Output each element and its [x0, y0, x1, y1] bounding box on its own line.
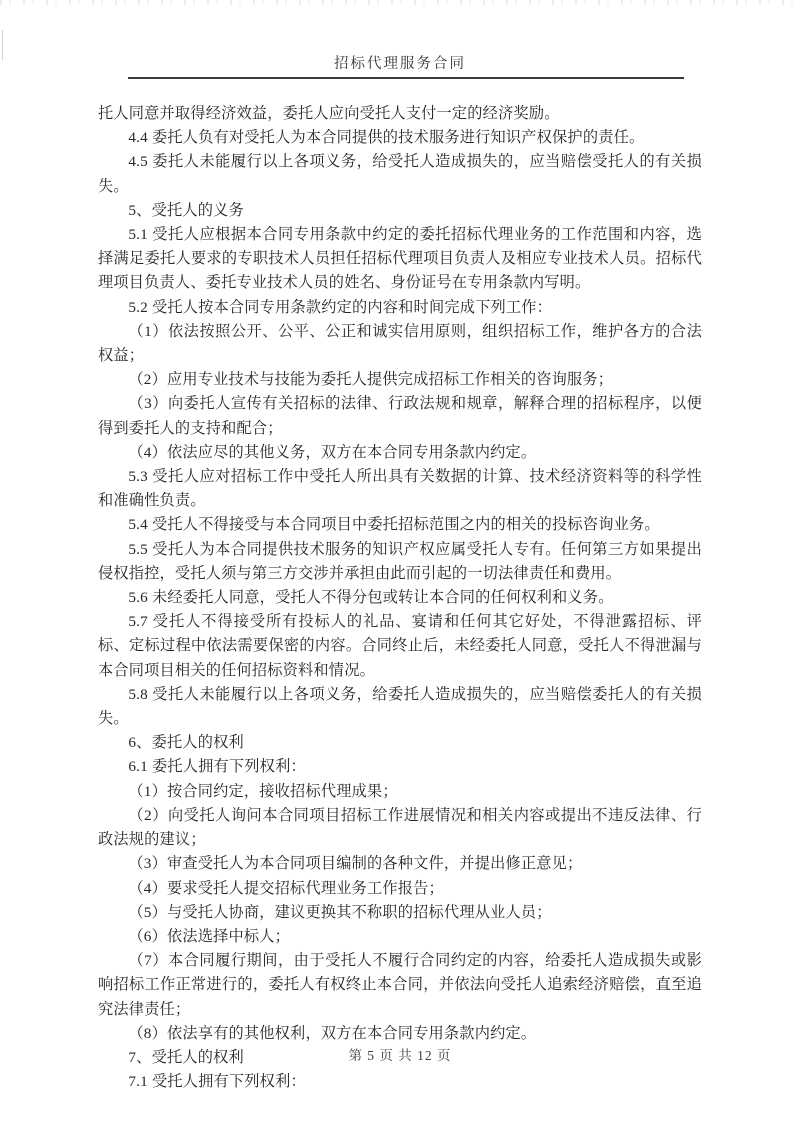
contract-paragraph: 4.5 委托人未能履行以上各项义务，给受托人造成损失的，应当赔偿受托人的有关损失…	[98, 150, 702, 198]
header-rule	[128, 77, 684, 79]
contract-paragraph: （3）向委托人宣传有关招标的法律、行政法规和规章，解释合理的招标程序，以便得到委…	[98, 392, 702, 440]
page-number: 第 5 页 共 12 页	[0, 1044, 800, 1064]
contract-paragraph: 5.2 受托人按本合同专用条款约定的内容和时间完成下列工作：	[98, 296, 702, 320]
contract-paragraph: 托人同意并取得经济效益，委托人应向受托人支付一定的经济奖励。	[98, 102, 702, 126]
contract-paragraph: （6）依法选择中标人；	[98, 925, 702, 949]
contract-paragraph: （4）要求受托人提交招标代理业务工作报告；	[98, 877, 702, 901]
scan-artifact-top-edge	[0, 0, 800, 5]
contract-paragraph: （4）依法应尽的其他义务，双方在本合同专用条款内约定。	[98, 441, 702, 465]
document-page: 招标代理服务合同 托人同意并取得经济效益，委托人应向受托人支付一定的经济奖励。4…	[0, 0, 800, 1132]
contract-paragraph: （5）与受托人协商，建议更换其不称职的招标代理从业人员；	[98, 901, 702, 925]
contract-body: 托人同意并取得经济效益，委托人应向受托人支付一定的经济奖励。4.4 委托人负有对…	[98, 102, 702, 1094]
contract-paragraph: （7）本合同履行期间，由于受托人不履行合同约定的内容，给委托人造成损失或影响招标…	[98, 949, 702, 1022]
contract-paragraph: 5.5 受托人为本合同提供技术服务的知识产权应属受托人专有。任何第三方如果提出侵…	[98, 538, 702, 586]
contract-paragraph: （2）向受托人询问本合同项目招标工作进展情况和相关内容或提出不违反法律、行政法规…	[98, 804, 702, 852]
contract-paragraph: 6.1 委托人拥有下列权利：	[98, 755, 702, 779]
contract-paragraph: 4.4 委托人负有对受托人为本合同提供的技术服务进行知识产权保护的责任。	[98, 126, 702, 150]
contract-paragraph: 5.7 受托人不得接受所有投标人的礼品、宴请和任何其它好处，不得泄露招标、评标、…	[98, 610, 702, 683]
contract-paragraph: （8）依法享有的其他权利，双方在本合同专用条款内约定。	[98, 1022, 702, 1046]
document-header-title: 招标代理服务合同	[0, 52, 800, 73]
contract-paragraph: 6、委托人的权利	[98, 731, 702, 755]
contract-paragraph: （1）按合同约定，接收招标代理成果；	[98, 780, 702, 804]
contract-paragraph: （1）依法按照公开、公平、公正和诚实信用原则，组织招标工作，维护各方的合法权益；	[98, 320, 702, 368]
contract-paragraph: 5.8 受托人未能履行以上各项义务，给委托人造成损失的，应当赔偿委托人的有关损失…	[98, 683, 702, 731]
contract-paragraph: 7.1 受托人拥有下列权利：	[98, 1070, 702, 1094]
contract-paragraph: （2）应用专业技术与技能为委托人提供完成招标工作相关的咨询服务；	[98, 368, 702, 392]
contract-paragraph: 5、受托人的义务	[98, 199, 702, 223]
contract-paragraph: 5.6 未经委托人同意，受托人不得分包或转让本合同的任何权利和义务。	[98, 586, 702, 610]
contract-paragraph: 5.3 受托人应对招标工作中受托人所出具有关数据的计算、技术经济资料等的科学性和…	[98, 465, 702, 513]
contract-paragraph: （3）审查受托人为本合同项目编制的各种文件，并提出修正意见；	[98, 852, 702, 876]
contract-paragraph: 5.1 受托人应根据本合同专用条款中约定的委托招标代理业务的工作范围和内容，选择…	[98, 223, 702, 296]
contract-paragraph: 5.4 受托人不得接受与本合同项目中委托招标范围之内的相关的投标咨询业务。	[98, 513, 702, 537]
